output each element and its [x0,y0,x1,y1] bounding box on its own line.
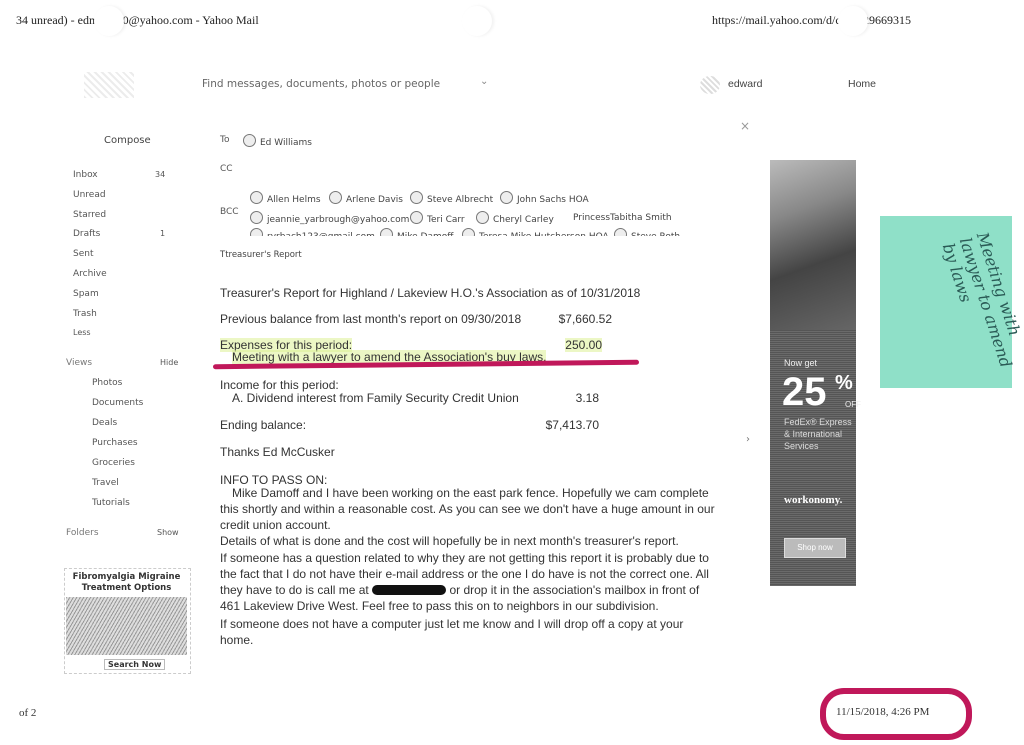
search-input[interactable]: Find messages, documents, photos or peop… [202,78,440,90]
cc-label: CC [220,164,233,174]
views-hide-toggle[interactable]: Hide [160,358,178,367]
home-link[interactable]: Home [848,78,876,90]
view-tutorials[interactable]: Tutorials [92,498,130,508]
sidebar-item-inbox[interactable]: Inbox [73,170,98,180]
income-label: Income for this period: [220,378,339,392]
sidebar-item-unread[interactable]: Unread [73,190,106,200]
ad-image [66,597,187,655]
compose-button[interactable]: Compose [104,135,151,146]
yahoo-logo[interactable] [84,72,134,98]
folders-show-toggle[interactable]: Show [157,528,179,537]
recipient-chip[interactable]: PrincessTabitha Smith [558,211,672,223]
close-icon[interactable]: × [740,119,750,133]
recipient-chip[interactable]: Mike Damoff [380,228,453,236]
income-item: A. Dividend interest from Family Securit… [232,391,519,405]
info-paragraph: Mike Damoff and I have been working on t… [220,485,720,533]
info-paragraph: Details of what is done and the cost wil… [220,533,720,549]
scan-artifact [838,6,868,36]
ending-balance-amount: $7,413.70 [519,418,599,432]
recipient-chip[interactable]: Arlene Davis [329,191,403,205]
ad-discount: 25 [782,370,827,415]
report-heading: Treasurer's Report for Highland / Lakevi… [220,286,640,300]
sidebar-less-toggle[interactable]: Less [73,328,91,337]
recipient-chip[interactable]: Steve Albrecht [410,191,493,205]
recipient-chip[interactable]: Cheryl Carley [476,211,554,225]
folders-heading: Folders [66,528,99,538]
ad-image [770,160,856,330]
ad-off: OFF [845,400,861,409]
chevron-down-icon[interactable]: ⌄ [480,76,488,87]
recipient-chip[interactable]: jeannie_yarbrough@yahoo.com [250,211,409,225]
recipient-chip[interactable]: Ed Williams [243,134,312,148]
bcc-label: BCC [220,207,239,217]
recipient-chip[interactable]: Allen Helms [250,191,321,205]
to-label: To [220,135,229,145]
redacted-phone [372,585,446,595]
recipient-chip[interactable]: Teresa Mike Hutcherson HOA [462,228,609,236]
bcc-row-clipped: rvrbach123@gmail.com Mike Damoff Teresa … [250,227,690,236]
recipient-chip[interactable]: Steve Roth [614,228,680,236]
view-documents[interactable]: Documents [92,398,143,408]
view-groceries[interactable]: Groceries [92,458,135,468]
recipient-chip[interactable]: Teri Carr [410,211,465,225]
page-title: 34 unread) - edm ker10@yahoo.com - Yahoo… [16,13,259,28]
ad-title: Fibromyalgia Migraine Treatment Options [64,572,189,594]
ad-text: Now get [784,358,817,368]
views-heading: Views [66,358,92,368]
page-indicator: of 2 [19,707,36,719]
ad-search-button[interactable]: Search Now [104,659,165,670]
scan-artifact [462,6,492,36]
ad-description: FedEx® Express & International Services [784,416,854,452]
sidebar-item-starred[interactable]: Starred [73,210,106,220]
recipient-chip[interactable]: rvrbach123@gmail.com [250,228,375,236]
sidebar-item-drafts[interactable]: Drafts [73,229,100,239]
ending-balance-label: Ending balance: [220,418,306,432]
sidebar-item-trash[interactable]: Trash [73,309,97,319]
sidebar-item-archive[interactable]: Archive [73,269,107,279]
info-paragraph: If someone has a question related to why… [220,550,720,614]
sidebar-item-sent[interactable]: Sent [73,249,93,259]
scan-artifact [94,6,124,36]
inbox-count: 34 [155,170,165,179]
timestamp: 11/15/2018, 4:26 PM [836,706,929,718]
ad-percent-sign: % [835,372,853,395]
chevron-right-icon[interactable]: › [746,434,750,445]
recipient-chip[interactable]: John Sachs HOA [500,191,589,205]
income-amount: 3.18 [519,391,599,405]
drafts-count: 1 [160,229,165,238]
subject-field[interactable]: Ttreasurer's Report [220,250,302,260]
ad-brand: workonomy. [784,494,842,506]
view-purchases[interactable]: Purchases [92,438,138,448]
user-name[interactable]: edward [728,78,762,90]
avatar-icon [243,134,256,147]
ad-shop-button[interactable]: Shop now [784,538,846,558]
view-deals[interactable]: Deals [92,418,117,428]
view-photos[interactable]: Photos [92,378,122,388]
view-travel[interactable]: Travel [92,478,119,488]
previous-balance-amount: $7,660.52 [532,312,612,326]
signature: Thanks Ed McCusker [220,445,335,459]
info-paragraph: If someone does not have a computer just… [220,616,720,648]
sidebar-item-spam[interactable]: Spam [73,289,99,299]
page-url: https://mail.yahoo.com/d/c ose/29669315 [712,13,911,28]
avatar[interactable] [700,76,720,94]
previous-balance-label: Previous balance from last month's repor… [220,312,521,326]
